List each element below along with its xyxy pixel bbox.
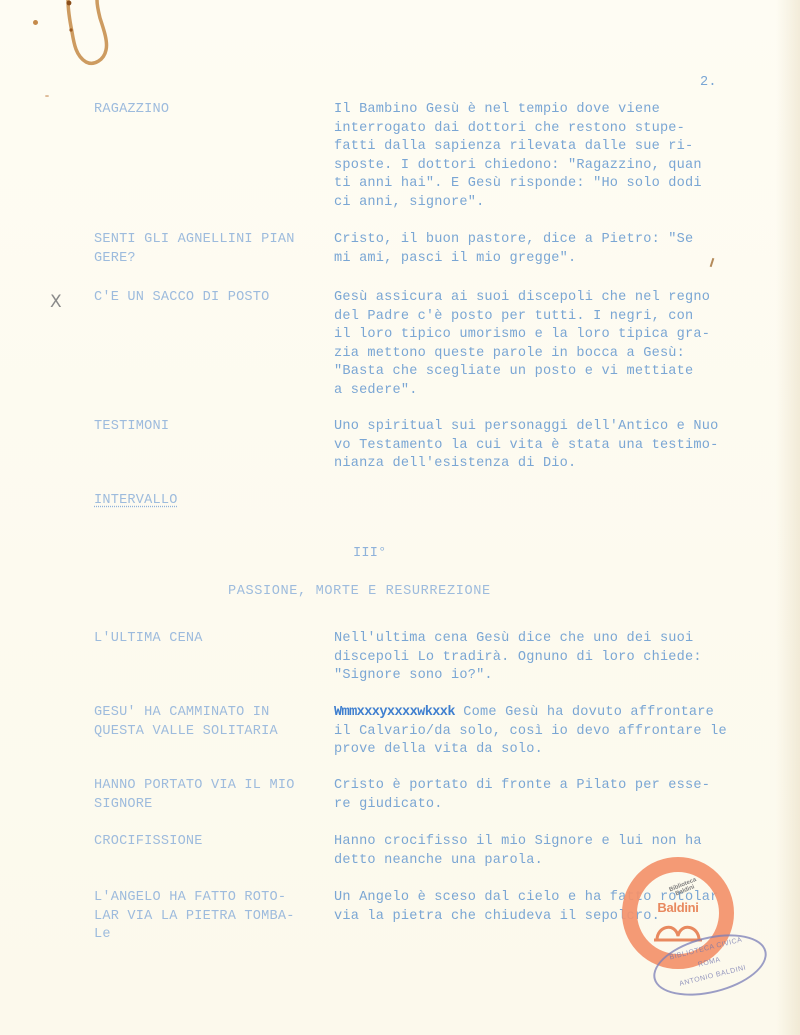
entry-title-line: SENTI GLI AGNELLINI PIAN	[94, 231, 295, 250]
entry-description-line: prove della vita da solo.	[334, 741, 727, 760]
entry-description: Hanno crocifisso il mio Signore e lui no…	[334, 833, 702, 870]
entry-title: TESTIMONI	[94, 418, 169, 437]
entry-title: GESU' HA CAMMINATO INQUESTA VALLE SOLITA…	[94, 704, 278, 741]
entry-description: Gesù assicura ai suoi discepoli che nel …	[334, 289, 710, 401]
entry-title-line: CROCIFISSIONE	[94, 833, 203, 852]
entry-description-line: sposte. I dottori chiedono: "Ragazzino, …	[334, 157, 702, 176]
open-book-icon	[653, 918, 703, 942]
entry-description-line: Gesù assicura ai suoi discepoli che nel …	[334, 289, 710, 308]
entry-description-line: Cristo è portato di fronte a Pilato per …	[334, 777, 710, 796]
library-logo-brand: Baldini	[647, 900, 709, 915]
entry-title-line: SIGNORE	[94, 796, 295, 815]
entry-description: Cristo, il buon pastore, dice a Pietro: …	[334, 231, 693, 268]
library-logo-caption: Biblioteca Baldini	[666, 876, 702, 900]
entry-title: HANNO PORTATO VIA IL MIOSIGNORE	[94, 777, 295, 814]
entry-description: Wmmxxxyxxxxwkxxk Come Gesù ha dovuto aff…	[334, 704, 727, 760]
page-number: 2.	[700, 74, 717, 93]
entry-description-text: Come Gesù ha dovuto affrontare	[455, 705, 714, 720]
entry-description-line: vo Testamento la cui vita è stata una te…	[334, 437, 718, 456]
entry-title-line: L'ANGELO HA FATTO ROTO-	[94, 889, 295, 908]
entry-description-line: "Basta che scegliate un posto e vi metti…	[334, 363, 710, 382]
entry-title: CROCIFISSIONE	[94, 833, 203, 852]
entry-description-line: il loro tipico umorismo e la loro tipica…	[334, 326, 710, 345]
entry-description-line: ti anni hai". E Gesù risponde: "Ho solo …	[334, 175, 702, 194]
entry-description: Cristo è portato di fronte a Pilato per …	[334, 777, 710, 814]
entry-description-line: Cristo, il buon pastore, dice a Pietro: …	[334, 231, 693, 250]
entry-description-line: discepoli Lo tradirà. Ognuno di loro chi…	[334, 649, 702, 668]
stain-spot	[33, 20, 38, 25]
rust-stain-mark	[60, 0, 120, 72]
entry-title-line: QUESTA VALLE SOLITARIA	[94, 723, 278, 742]
entry-description-line: Nell'ultima cena Gesù dice che uno dei s…	[334, 630, 702, 649]
entry-description-line: Uno spiritual sui personaggi dell'Antico…	[334, 418, 718, 437]
section-number: III°	[353, 545, 386, 564]
entry-description-line: Hanno crocifisso il mio Signore e lui no…	[334, 833, 702, 852]
entry-title-line: GERE?	[94, 250, 295, 269]
entry-description-line: ci anni, signore".	[334, 194, 702, 213]
entry-description-line: re giudicato.	[334, 796, 710, 815]
entry-title-line: LAR VIA LA PIETRA TOMBA-	[94, 908, 295, 927]
struck-out-text: Wmmxxxyxxxxwkxxk	[334, 705, 455, 720]
intermission-heading: INTERVALLO	[94, 492, 178, 511]
entry-title-line: L'ULTIMA CENA	[94, 630, 203, 649]
stain-spot	[45, 95, 49, 97]
entry-description-line: nianza dell'esistenza di Dio.	[334, 455, 718, 474]
margin-x-mark: X	[50, 292, 62, 312]
entry-title-line: RAGAZZINO	[94, 101, 169, 120]
entry-description-line: interrogato dai dottori che restono stup…	[334, 120, 702, 139]
entry-description: Uno spiritual sui personaggi dell'Antico…	[334, 418, 718, 474]
entry-title-line: Le	[94, 926, 295, 945]
entry-title-line: GESU' HA CAMMINATO IN	[94, 704, 278, 723]
entry-description-line: del Padre c'è posto per tutti. I negri, …	[334, 308, 710, 327]
entry-description-line: il Calvario/da solo, così io devo affron…	[334, 723, 727, 742]
entry-description: Il Bambino Gesù è nel tempio dove vienei…	[334, 101, 702, 213]
entry-title: L'ANGELO HA FATTO ROTO-LAR VIA LA PIETRA…	[94, 889, 295, 945]
entry-title: C'E UN SACCO DI POSTO	[94, 289, 270, 308]
entry-description-line: zia mettono queste parole in bocca a Ges…	[334, 345, 710, 364]
entry-description-line: a sedere".	[334, 382, 710, 401]
entry-description-line: Il Bambino Gesù è nel tempio dove viene	[334, 101, 702, 120]
entry-description-line: mi ami, pasci il mio gregge".	[334, 250, 693, 269]
entry-description-line: "Signore sono io?".	[334, 667, 702, 686]
entry-description-line: fatti dalla sapienza rilevata dalle sue …	[334, 138, 702, 157]
entry-description: Nell'ultima cena Gesù dice che uno dei s…	[334, 630, 702, 686]
entry-title-line: HANNO PORTATO VIA IL MIO	[94, 777, 295, 796]
entry-title: SENTI GLI AGNELLINI PIANGERE?	[94, 231, 295, 268]
section-title: PASSIONE, MORTE E RESURREZIONE	[228, 583, 491, 602]
entry-title-line: C'E UN SACCO DI POSTO	[94, 289, 270, 308]
entry-title-line: TESTIMONI	[94, 418, 169, 437]
entry-title: RAGAZZINO	[94, 101, 169, 120]
entry-description-line: Wmmxxxyxxxxwkxxk Come Gesù ha dovuto aff…	[334, 704, 727, 723]
entry-title: L'ULTIMA CENA	[94, 630, 203, 649]
